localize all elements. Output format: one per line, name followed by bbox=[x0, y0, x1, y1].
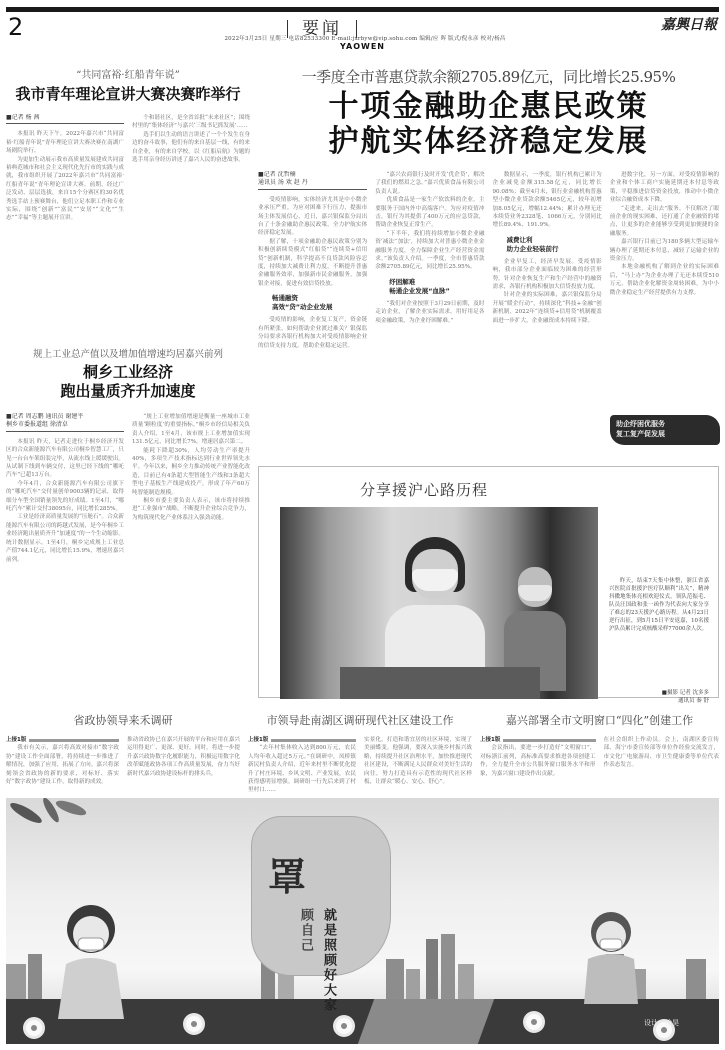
credit-line: ■摄影 记者 沈多多 bbox=[639, 689, 709, 697]
paragraph: “我们对企业按照于3月29日前期，及时走访企业，了解企业实际需求，用好用足各项金… bbox=[375, 300, 484, 325]
subhead-line: 畅通融资 bbox=[272, 294, 367, 303]
paragraph: 会议指出，要进一步打造好“文明窗口”，对标浙江前列，高标准高要求推进各项创建工作… bbox=[480, 744, 596, 778]
tag-label: 上接1版 bbox=[480, 736, 500, 744]
brief-title: 嘉兴部署全市文明窗口“四化”创建工作 bbox=[480, 712, 719, 728]
byline-line: 桐乡市委报道组 徐清卓 bbox=[6, 421, 124, 429]
headline-line: 跑出量质齐升加速度 bbox=[6, 382, 250, 401]
paragraph: 在社会组织上作动员。会上，南湖区委宣传部、海宁市委宣传部等单位作经验交流发言，市… bbox=[604, 736, 720, 770]
paragraph: 工业是经济高质量发展的“压舱石”。合众新能源汽车有限公司的跨越式发展，是今年桐乡… bbox=[6, 513, 124, 563]
photo-title: 分享援沪心路历程 bbox=[259, 479, 589, 500]
paragraph: 今年4月，合众新能源汽车有限公司旗下的“哪吒汽车”交付量创单9003辆的记录，取… bbox=[6, 480, 124, 514]
poster-slogan-1: 顾自己 bbox=[296, 908, 315, 953]
headline-line: 护航实体经济稳定发展 bbox=[258, 124, 719, 159]
subhead-line: 畅通企业发展“血脉” bbox=[389, 287, 484, 296]
news-photo bbox=[280, 507, 598, 699]
headline-line: 桐乡工业经济 bbox=[6, 363, 250, 382]
article-body: ■记者 杨 茜 本报讯 昨天下午，2022年嘉兴市“共同富裕·红船青年说”青年理… bbox=[6, 114, 250, 364]
paragraph: 受疫情的影响，企业复工复产，资金链有所紧张。如何帮助企业渡过难关？银保监分局要求… bbox=[258, 316, 367, 350]
brief-cppcc: 省政协领导来禾调研 上接1版 我市有关示，嘉兴将高效对接市“数字政协”建设工作全… bbox=[6, 712, 240, 786]
brief-title: 省政协领导来禾调研 bbox=[6, 712, 240, 728]
continued-tag: 上接1版 bbox=[248, 736, 356, 744]
column: “嘉兴农商银行及时开发‘优企贷’，解决了我们的燃眉之急。”嘉兴优质食品有限公司负… bbox=[375, 171, 484, 461]
paragraph: 我市有关示，嘉兴将高效对接市“数字政协”建设工作全面部署，将持续进一步推进了解情… bbox=[6, 744, 119, 786]
subhead-line: 高效“贷”动企业发展 bbox=[272, 303, 367, 312]
leaves-decoration bbox=[6, 798, 96, 848]
credit-line: 通讯员 秦 舒 bbox=[639, 697, 709, 705]
promo-badge: 助企纾困优服务 复工复产促发展 bbox=[610, 415, 720, 445]
subhead: 减费让利 助力企业轻装前行 bbox=[507, 236, 602, 254]
continued-tag: 上接1版 bbox=[6, 736, 119, 744]
paragraph: “规上工业增加值增速是衡量一座城市工业质量‘颗粒度’的重要指标。”桐乡市经信局相… bbox=[132, 413, 250, 447]
paragraph: 能耗下降超30%，人均劳动生产率提升40%，多项生产技术指标达到行业世界领先水平… bbox=[132, 447, 250, 497]
tag-label: 上接1版 bbox=[6, 736, 26, 744]
byline: ■记者 杨 茜 bbox=[6, 114, 124, 124]
paragraph: 企业早复工，经济早发展。受疫情影响，我市部分企业面临较为困难的经营形势。针对企业… bbox=[493, 258, 602, 292]
article-headline: 十项金融助企惠民政策 护航实体经济稳定发展 bbox=[258, 89, 719, 159]
paragraph: “走进来，走出去”服务。不仅解决了眼前企业的现实困难，还打通了企业融资的堵点，让… bbox=[610, 205, 719, 239]
article-kicker: 规上工业总产值以及增加值增速均居嘉兴前列 bbox=[6, 346, 250, 360]
paragraph: 据了解，十项金融助企惠民政策分别为积极创新续贷模式“红船贷”“连续贷+信用贷”创… bbox=[258, 238, 367, 288]
article-tongxiang-industry: 规上工业总产值以及增加值增速均居嘉兴前列 桐乡工业经济 跑出量质齐升加速度 ■记… bbox=[6, 346, 250, 723]
paragraph: 为更加生动展示我市高质量发展建成共同富裕典范城市和社会主义现代化先行市的实践与成… bbox=[6, 156, 124, 223]
paragraph: “去年村集体收入达到800万元，农民人均年收入超过5万元。”在调研中，凤桥镇新民… bbox=[248, 744, 356, 794]
article-lead-finance: 一季度全市普惠贷款余额2705.89亿元，同比增长25.95% 十项金融助企惠民… bbox=[258, 66, 719, 461]
flower-icon bbox=[186, 1016, 202, 1032]
photo-credit: ■摄影 记者 沈多多 通讯员 秦 舒 bbox=[639, 689, 709, 705]
paragraph: 进数字化，另一方面，对受疫情影响的企业和个体工商户实施延期还本付息等政策，平稳推… bbox=[610, 171, 719, 205]
photo-feature: 分享援沪心路历程 昨天，结束7天集中休整，浙江省嘉兴医院首批援沪医疗队顺利“出关… bbox=[258, 466, 719, 698]
column: ■记者 沈哲楠 通讯员 汤 欢 赵 丹 受疫情影响，实体经济尤其是中小微企业承压… bbox=[258, 171, 367, 461]
public-service-poster: 罩 顾自己 就是照顾好大家 设计：徐昊 bbox=[6, 798, 719, 1044]
subhead: 畅通融资 高效“贷”动企业发展 bbox=[272, 294, 367, 312]
road bbox=[358, 999, 494, 1044]
byline: ■记者 沈哲楠 通讯员 汤 欢 赵 丹 bbox=[258, 171, 367, 190]
paragraph: 受疫情影响，实体经济尤其是中小微企业承压严重。为应对困难下行压力，提振市场主体发… bbox=[258, 196, 367, 238]
caption-text: 昨天，结束7天集中休整，浙江省嘉兴医院首批援沪医疗队顺利“出关”，精神抖擞地集体… bbox=[609, 577, 709, 633]
article-headline: 我市青年理论宣讲大赛决赛昨举行 bbox=[6, 83, 250, 104]
byline-line: 通讯员 汤 欢 赵 丹 bbox=[258, 179, 367, 187]
subhead-line: 助力企业轻装前行 bbox=[507, 245, 602, 254]
poster-slogan-2: 就是照顾好大家 bbox=[319, 908, 338, 1013]
paragraph: 本地金融机构了解到企业的实际困难后，“马上办”为企业办理了无还本续贷510万元，… bbox=[610, 263, 719, 297]
brief-title: 市领导赴南湖区调研现代社区建设工作 bbox=[248, 712, 472, 728]
promo-line: 复工复产促发展 bbox=[616, 429, 714, 439]
subhead-line: 纾困解难 bbox=[389, 278, 484, 287]
flower-icon bbox=[336, 1018, 352, 1034]
continued-tag: 上接1版 bbox=[480, 736, 596, 744]
tag-rule bbox=[503, 739, 595, 742]
masthead-meta: 2022年3月25日 星期三 电话82533300 E-mail:jxrbyw@… bbox=[130, 34, 600, 42]
paragraph: 优质食品是一家生产软饮料的企业，主要服务于国内外中高端客户。为应对疫情冲击，银行… bbox=[375, 196, 484, 230]
poster-big-character: 罩 bbox=[268, 846, 306, 901]
paragraph: 推动省政协已在嘉兴开展的平台和应用在嘉兴运用得更广、更深、更好。同时，将进一步提… bbox=[127, 736, 240, 778]
subhead-line: 减费让利 bbox=[507, 236, 602, 245]
girl-illustration bbox=[36, 894, 146, 1024]
paragraph: 本报讯 昨天下午，2022年嘉兴市“共同富裕·红船青年说”青年理论宣讲大赛决赛在… bbox=[6, 130, 124, 155]
desk bbox=[340, 667, 540, 699]
paragraph: 嘉兴银行目前已为180多辆大型运输车辆办理了延期还本付息，减轻了运输企业的资金压… bbox=[610, 238, 719, 263]
headline-line: 十项金融助企惠民政策 bbox=[258, 89, 719, 124]
brief-nanhu: 市领导赴南湖区调研现代社区建设工作 上接1版 “去年村集体收入达到800万元，农… bbox=[248, 712, 472, 795]
paragraph: 实景化，打造和谐宜居的社区环境，实现了美丽蝶变。他强调，要深入实施乡村振兴战略，… bbox=[364, 736, 472, 786]
newspaper-logo: 嘉興日報 bbox=[661, 14, 717, 34]
section-pinyin: YAOWEN bbox=[300, 42, 425, 51]
column: 数据显示，一季度，银行机构已累计为企业减免金额315.58亿元，同比增长90.0… bbox=[493, 171, 602, 461]
tag-rule bbox=[29, 739, 119, 742]
flower-icon bbox=[526, 1014, 542, 1030]
article-body: ■记者 周志鹏 通讯员 谢建平 桐乡市委报道组 徐清卓 本报讯 昨天，记者走进位… bbox=[6, 413, 250, 723]
boy-illustration bbox=[566, 904, 656, 1004]
article-headline: 桐乡工业经济 跑出量质齐升加速度 bbox=[6, 363, 250, 401]
promo-line: 助企纾困优服务 bbox=[616, 419, 714, 429]
page-number: 2 bbox=[8, 13, 23, 41]
paragraph: “下半年，我们将持续增加小微企业融资‘减法’‘加法’，持续加大对普惠小微企业金融… bbox=[375, 230, 484, 272]
design-credit: 设计：徐昊 bbox=[644, 1018, 679, 1028]
tag-rule bbox=[271, 739, 356, 742]
flower-icon bbox=[26, 1020, 42, 1036]
header-rule bbox=[6, 7, 719, 12]
paragraph: 针对企业的实际困难，嘉兴银保监分局开展“暖企行动”，持续深化“科技+金融”创新机… bbox=[493, 291, 602, 325]
paragraph: 本报讯 昨天，记者走进位于桐乡经济开发区的合众新能源汽车有限公司桐乡智慧工厂，只… bbox=[6, 438, 124, 480]
paragraph: 桐乡市委主要负责人表示，该市将持续推进“工业强市”战略，不断提升企业综合竞争力，… bbox=[132, 497, 250, 522]
byline: ■记者 周志鹏 通讯员 谢建平 桐乡市委报道组 徐清卓 bbox=[6, 413, 124, 432]
paragraph: 选手们以生动的语言讲述了一个个发生在身边的奋斗故事，他们有的来自基层一线，有的来… bbox=[132, 131, 250, 165]
paragraph: 个和谐社区，是全省首批“未来社区”；围绕村里的“集体经济”与嘉兴‘三级书记抓发展… bbox=[132, 114, 250, 131]
photo-caption: 昨天，结束7天集中休整，浙江省嘉兴医院首批援沪医疗队顺利“出关”，精神抖擞地集体… bbox=[609, 577, 709, 633]
paragraph: 数据显示，一季度，银行机构已累计为企业减免金额315.58亿元，同比增长90.0… bbox=[493, 171, 602, 230]
article-kicker: 一季度全市普惠贷款余额2705.89亿元，同比增长25.95% bbox=[258, 66, 719, 87]
paragraph: “嘉兴农商银行及时开发‘优企贷’，解决了我们的燃眉之急。”嘉兴优质食品有限公司负… bbox=[375, 171, 484, 196]
nurse-figure bbox=[400, 537, 470, 687]
article-kicker: “共同富裕·红船青年说” bbox=[6, 66, 250, 81]
subhead: 纾困解难 畅通企业发展“血脉” bbox=[389, 278, 484, 296]
tag-label: 上接1版 bbox=[248, 736, 268, 744]
brief-civilization: 嘉兴部署全市文明窗口“四化”创建工作 上接1版 会议指出，要进一步打造好“文明窗… bbox=[480, 712, 719, 778]
article-youth-lecture: “共同富裕·红船青年说” 我市青年理论宣讲大赛决赛昨举行 ■记者 杨 茜 本报讯… bbox=[6, 66, 250, 364]
